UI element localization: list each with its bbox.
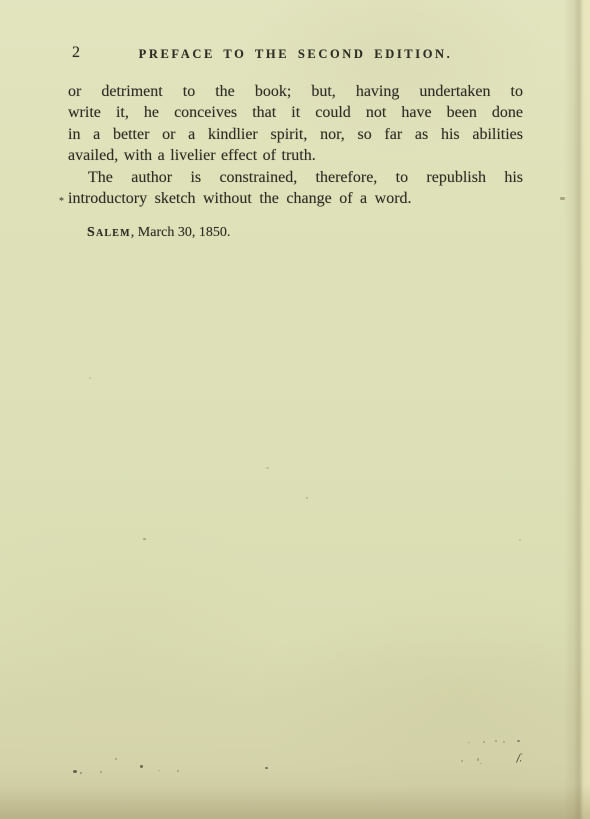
bottom-shadow xyxy=(0,785,590,819)
ink-speck xyxy=(519,539,521,541)
paragraph: or detriment to the book; but, having un… xyxy=(68,81,523,167)
text-line: or detriment to the book; but, having un… xyxy=(68,81,523,102)
ink-speck xyxy=(477,758,479,761)
ink-speck xyxy=(461,760,463,762)
dateline-date: , March 30, 1850. xyxy=(131,225,231,240)
text-line: availed, with a livelier effect of truth… xyxy=(68,145,523,166)
page-edge-shadow xyxy=(564,0,590,819)
text-line: write it, he conceives that it could not… xyxy=(68,102,523,123)
edge-mark xyxy=(560,197,565,200)
running-head-row: 2 PREFACE TO THE SECOND EDITION. xyxy=(68,44,523,64)
ink-speck xyxy=(480,763,482,764)
ink-blemish: * xyxy=(59,191,64,212)
body-text: or detriment to the book; but, having un… xyxy=(68,81,523,244)
ink-speck xyxy=(177,770,179,772)
ink-squiggle: ſ. xyxy=(516,751,525,764)
ink-speck xyxy=(100,771,102,773)
ink-speck xyxy=(115,758,117,760)
ink-speck xyxy=(503,741,505,743)
text-line: in a better or a kindlier spirit, nor, s… xyxy=(68,124,523,145)
ink-speck xyxy=(143,538,146,540)
ink-speck xyxy=(266,467,269,469)
ink-speck xyxy=(89,377,91,379)
ink-speck xyxy=(158,770,160,771)
ink-speck xyxy=(495,740,497,742)
ink-speck xyxy=(306,497,308,499)
paragraph: The author is constrained, therefore, to… xyxy=(68,167,523,210)
ink-speck xyxy=(73,770,77,773)
ink-speck xyxy=(265,767,268,769)
ink-speck xyxy=(80,772,82,774)
text-line: The author is constrained, therefore, to… xyxy=(68,167,523,188)
ink-speck xyxy=(517,740,520,742)
text-line-content: introductory sketch without the change o… xyxy=(68,190,412,207)
book-page: 2 PREFACE TO THE SECOND EDITION. or detr… xyxy=(0,0,590,819)
ink-speck xyxy=(468,742,470,743)
running-header-title: PREFACE TO THE SECOND EDITION. xyxy=(68,47,523,62)
dateline-place: Salem xyxy=(87,225,131,240)
ink-speck xyxy=(140,765,143,768)
ink-speck xyxy=(483,741,485,743)
dateline: Salem, March 30, 1850. xyxy=(87,222,523,243)
text-line: * introductory sketch without the change… xyxy=(68,188,523,209)
